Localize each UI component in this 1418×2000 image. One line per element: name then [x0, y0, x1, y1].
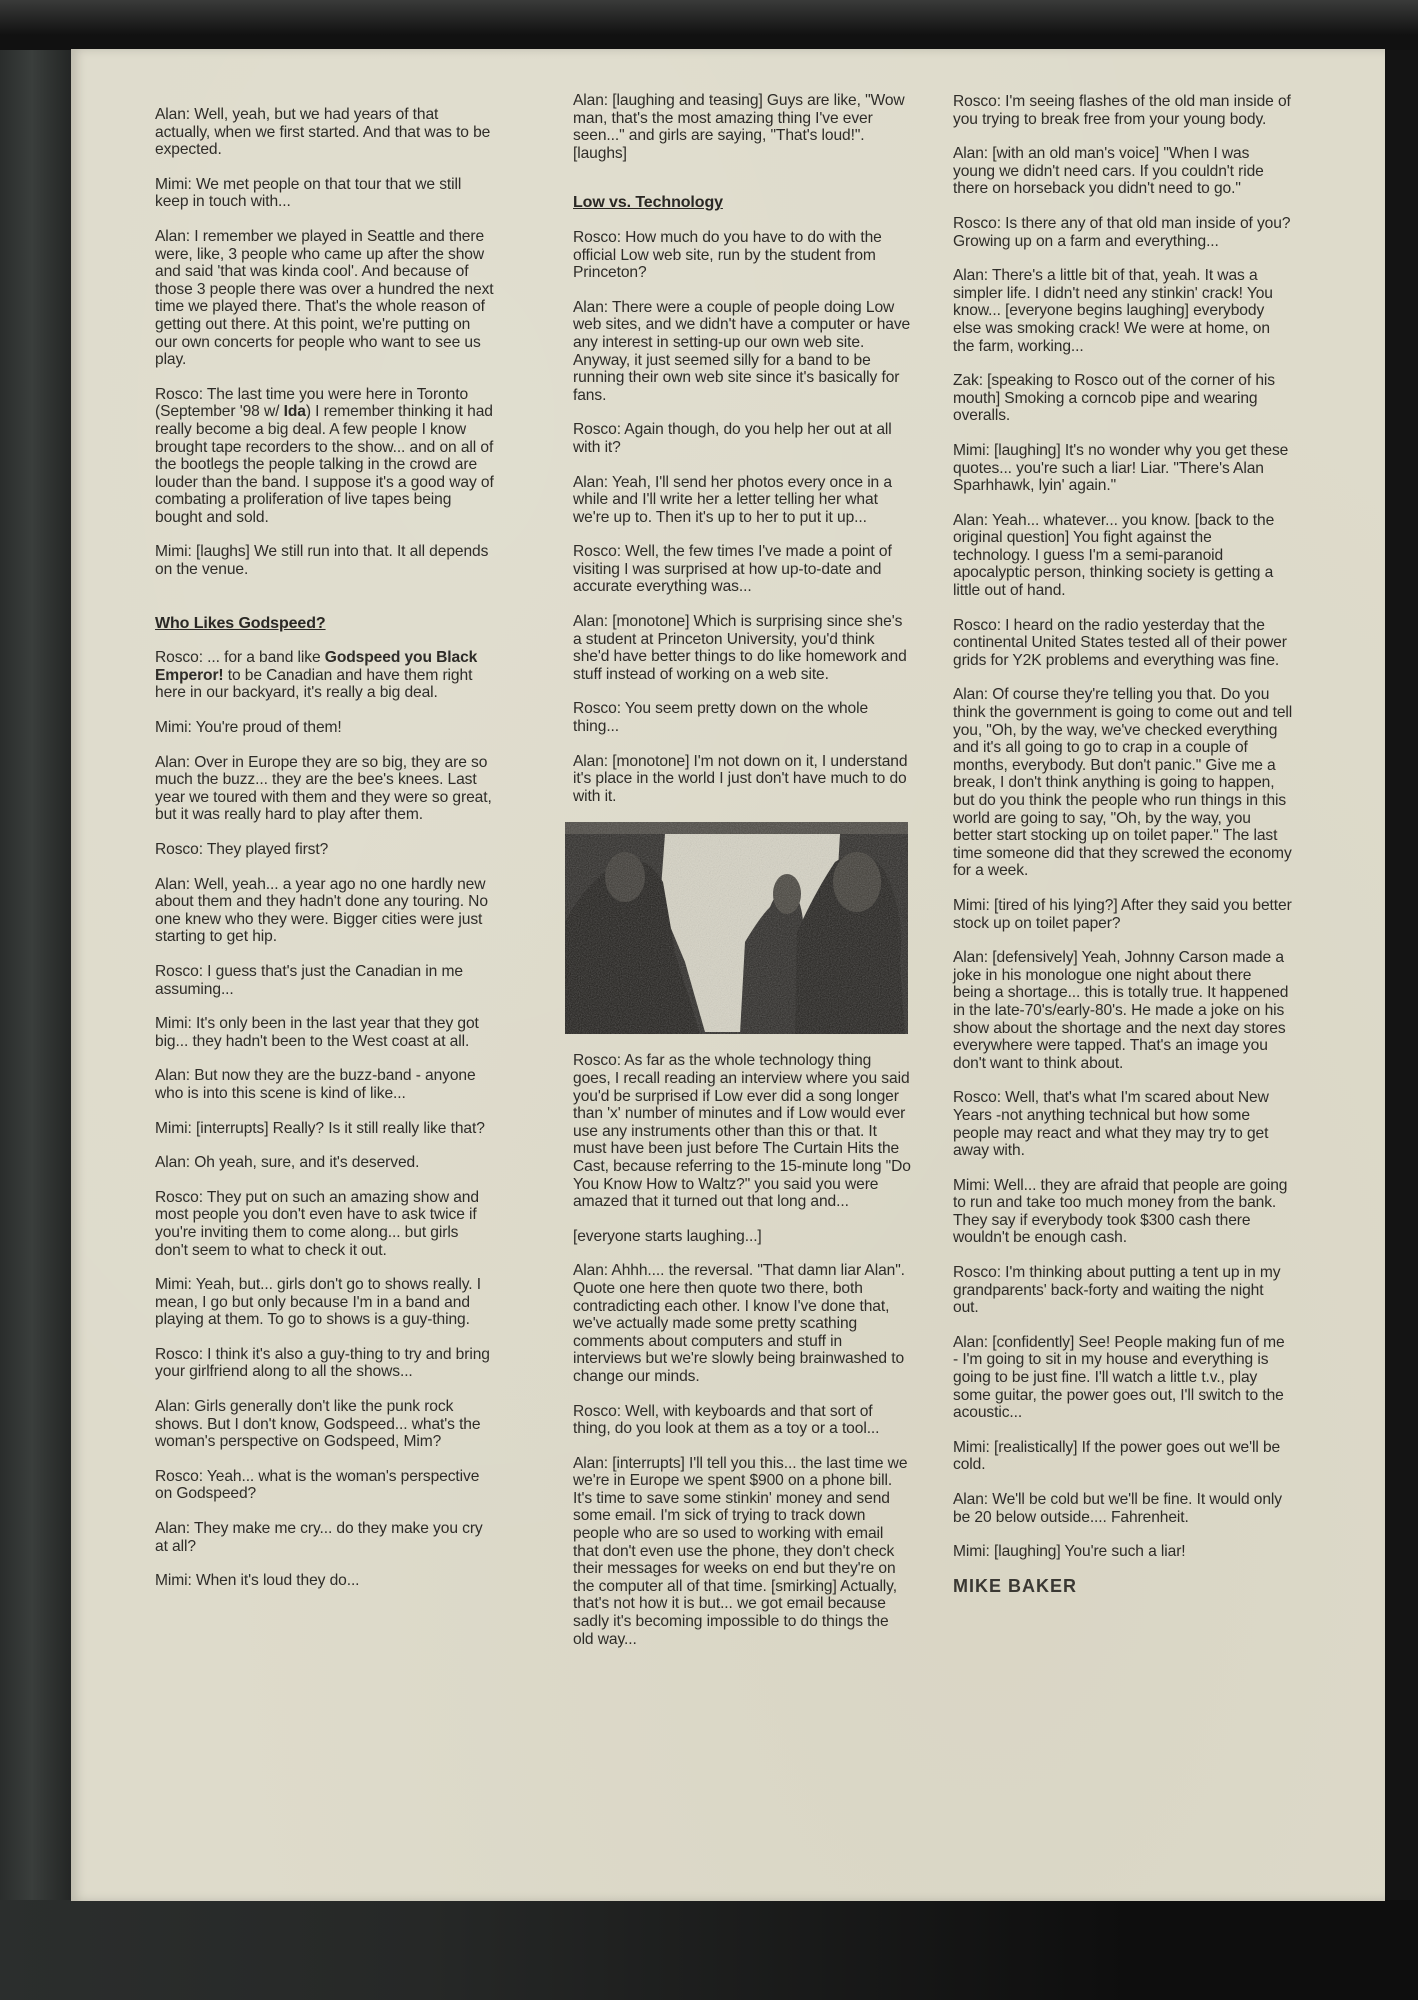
section-heading-technology: Low vs. Technology	[573, 194, 913, 212]
interview-paragraph: Zak: [speaking to Rosco out of the corne…	[953, 372, 1293, 425]
interview-paragraph: Mimi: [interrupts] Really? Is it still r…	[155, 1120, 495, 1138]
interview-paragraph: Mimi: [realistically] If the power goes …	[953, 1439, 1293, 1474]
interview-paragraph: Mimi: [laughing] It's no wonder why you …	[953, 442, 1293, 495]
interview-paragraph: Alan: They make me cry... do they make y…	[155, 1520, 495, 1555]
paragraph-rosco-godspeed: Rosco: ... for a band like Godspeed you …	[155, 649, 495, 702]
interview-paragraph: Rosco: Yeah... what is the woman's persp…	[155, 1468, 495, 1503]
interview-paragraph: Alan: We'll be cold but we'll be fine. I…	[953, 1491, 1293, 1526]
interview-paragraph: Mimi: You're proud of them!	[155, 719, 495, 737]
interview-paragraph: Rosco: I guess that's just the Canadian …	[155, 963, 495, 998]
interview-paragraph: Mimi: We met people on that tour that we…	[155, 176, 495, 211]
interview-paragraph: Alan: Yeah, I'll send her photos every o…	[573, 474, 913, 527]
column-1-paragraphs-a: Alan: Well, yeah, but we had years of th…	[155, 106, 495, 369]
interview-paragraph: Alan: Ahhh.... the reversal. "That damn …	[573, 1262, 913, 1385]
interview-paragraph: Alan: [interrupts] I'll tell you this...…	[573, 1455, 913, 1649]
interview-paragraph: Rosco: I think it's also a guy-thing to …	[155, 1346, 495, 1381]
interview-paragraph: Rosco: Well, that's what I'm scared abou…	[953, 1089, 1293, 1159]
interview-paragraph: Alan: [monotone] Which is surprising sin…	[573, 613, 913, 683]
interview-paragraph: Rosco: As far as the whole technology th…	[573, 1052, 913, 1210]
interview-paragraph: Alan: [with an old man's voice] "When I …	[953, 145, 1293, 198]
interview-paragraph: Rosco: I'm thinking about putting a tent…	[953, 1264, 1293, 1317]
interview-paragraph: Alan: Well, yeah... a year ago no one ha…	[155, 876, 495, 946]
scan-background-left	[0, 0, 80, 2000]
interview-paragraph: Alan: I remember we played in Seattle an…	[155, 228, 495, 369]
interview-paragraph: Rosco: Is there any of that old man insi…	[953, 215, 1293, 250]
section-heading-godspeed: Who Likes Godspeed?	[155, 615, 495, 633]
interview-paragraph: Rosco: Well, the few times I've made a p…	[573, 543, 913, 596]
interview-paragraph: Rosco: I heard on the radio yesterday th…	[953, 617, 1293, 670]
interview-paragraph: [everyone starts laughing...]	[573, 1228, 913, 1246]
interview-paragraph: Mimi: [tired of his lying?] After they s…	[953, 897, 1293, 932]
column-3-paragraphs: Rosco: I'm seeing flashes of the old man…	[953, 93, 1293, 1561]
interview-paragraph: Alan: But now they are the buzz-band - a…	[155, 1067, 495, 1102]
interview-paragraph: Alan: Of course they're telling you that…	[953, 686, 1293, 880]
interview-paragraph: Rosco: Again though, do you help her out…	[573, 421, 913, 456]
interview-paragraph: Rosco: I'm seeing flashes of the old man…	[953, 93, 1293, 128]
interview-paragraph: Alan: Oh yeah, sure, and it's deserved.	[155, 1154, 495, 1172]
interview-paragraph: Alan: There were a couple of people doin…	[573, 299, 913, 405]
interview-paragraph: Mimi: [laughing] You're such a liar!	[953, 1543, 1293, 1561]
interview-paragraph: Alan: Well, yeah, but we had years of th…	[155, 106, 495, 159]
interview-paragraph: Rosco: Well, with keyboards and that sor…	[573, 1403, 913, 1438]
interview-paragraph: Rosco: They put on such an amazing show …	[155, 1189, 495, 1259]
column-2-paragraphs-a: Alan: [laughing and teasing] Guys are li…	[573, 92, 913, 162]
interview-paragraph: Alan: There's a little bit of that, yeah…	[953, 267, 1293, 355]
band-photo-image	[565, 822, 908, 1034]
interview-paragraph: Rosco: You seem pretty down on the whole…	[573, 700, 913, 735]
article-column-1: Alan: Well, yeah, but we had years of th…	[155, 106, 495, 1607]
interview-paragraph: Mimi: Yeah, but... girls don't go to sho…	[155, 1276, 495, 1329]
interview-paragraph: Alan: [monotone] I'm not down on it, I u…	[573, 753, 913, 806]
interview-paragraph: Mimi: Well... they are afraid that peopl…	[953, 1177, 1293, 1247]
column-2-paragraphs-b: Rosco: How much do you have to do with t…	[573, 229, 913, 805]
interview-paragraph: Alan: [laughing and teasing] Guys are li…	[573, 92, 913, 162]
interview-paragraph: Mimi: It's only been in the last year th…	[155, 1015, 495, 1050]
interview-paragraph: Alan: Over in Europe they are so big, th…	[155, 754, 495, 824]
interview-paragraph: Rosco: They played first?	[155, 841, 495, 859]
band-name-ida: Ida	[284, 403, 306, 420]
interview-paragraph: Alan: Girls generally don't like the pun…	[155, 1398, 495, 1451]
scan-background-top	[0, 0, 1418, 50]
interview-paragraph: Alan: Yeah... whatever... you know. [bac…	[953, 512, 1293, 600]
interview-paragraph: Rosco: How much do you have to do with t…	[573, 229, 913, 282]
interview-paragraph: Alan: [confidently] See! People making f…	[953, 1334, 1293, 1422]
scan-background-bottom	[0, 1900, 1418, 2000]
author-byline: MIKE BAKER	[953, 1578, 1293, 1596]
paragraph-rosco-toronto: Rosco: The last time you were here in To…	[155, 386, 495, 527]
interview-paragraph: Mimi: When it's loud they do...	[155, 1572, 495, 1590]
article-column-2: Alan: [laughing and teasing] Guys are li…	[573, 92, 913, 1665]
article-column-3: Rosco: I'm seeing flashes of the old man…	[953, 93, 1293, 1595]
paragraph-mimi-venue: Mimi: [laughs] We still run into that. I…	[155, 543, 495, 578]
column-1-paragraphs-b: Mimi: You're proud of them!Alan: Over in…	[155, 719, 495, 1590]
interview-paragraph: Alan: [defensively] Yeah, Johnny Carson …	[953, 949, 1293, 1072]
band-photo	[565, 822, 908, 1034]
column-2-paragraphs-c: Rosco: As far as the whole technology th…	[573, 1052, 913, 1648]
